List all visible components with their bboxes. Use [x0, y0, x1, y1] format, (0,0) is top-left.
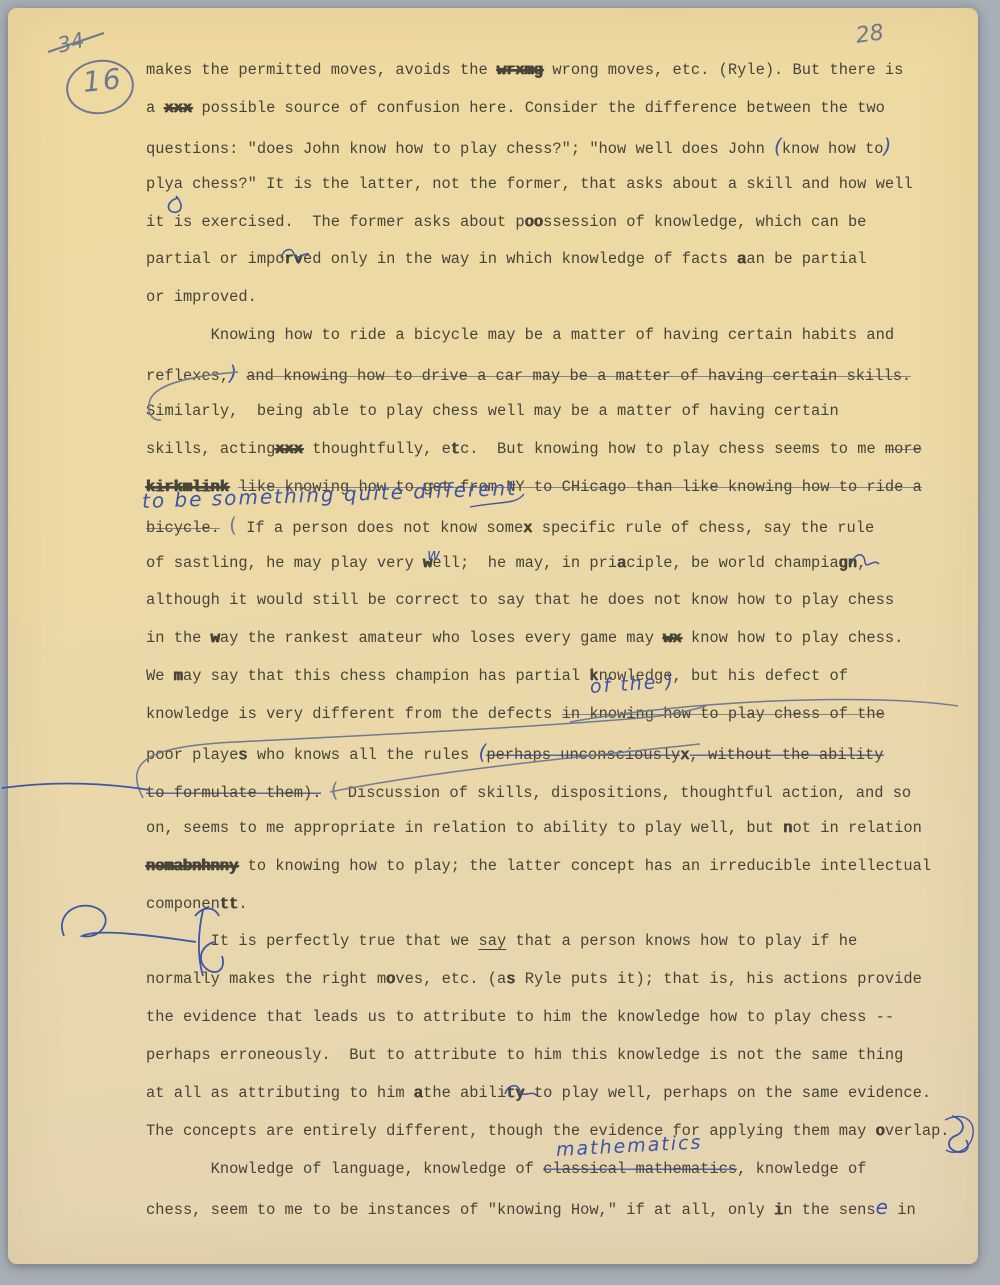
- text-line: nomabnhnny to knowing how to play; the l…: [146, 848, 966, 886]
- typed-text: who knows all the rules: [248, 746, 479, 764]
- typed-text: the abili: [423, 1084, 506, 1102]
- ink-struck-text: , without the ability: [690, 746, 884, 764]
- insert-w: w: [427, 545, 440, 564]
- pencil-struck-text: more: [885, 440, 922, 458]
- text-line: normally makes the right moves, etc. (as…: [146, 961, 966, 999]
- typed-text: We: [146, 667, 174, 685]
- text-line: We may say that this chess champion has …: [146, 658, 966, 696]
- text-line: the evidence that leads us to attribute …: [146, 999, 966, 1037]
- text-line: a xxx possible source of confusion here.…: [146, 90, 966, 128]
- text-line: questions: "does John know how to play c…: [146, 128, 966, 166]
- typed-text: ay say that this chess champion has part…: [183, 667, 589, 685]
- typed-text: to play well, perhaps on the same eviden…: [525, 1084, 931, 1102]
- text-line: Knowing how to ride a bicycle may be a m…: [146, 317, 966, 355]
- handwritten-ink-mark: (: [774, 134, 782, 158]
- overtyped-text: n: [783, 819, 792, 837]
- text-line: to formulate them). ( Discussion of skil…: [146, 772, 966, 810]
- typed-over-deletion: wx: [663, 629, 681, 647]
- typed-text: chess, seem to me to be instances of "kn…: [146, 1201, 774, 1219]
- text-line: at all as attributing to him athe abilit…: [146, 1075, 966, 1113]
- typed-text: ed only in the way in which knowledge of…: [303, 250, 737, 268]
- typed-text: skills, acting: [146, 440, 275, 458]
- text-line: makes the permitted moves, avoids the wr…: [146, 52, 966, 90]
- page-number: 16: [81, 62, 124, 99]
- text-line: skills, actingxxx thoughtfully, etc. But…: [146, 431, 966, 469]
- typed-text: ciple, be world champia: [626, 554, 838, 572]
- typed-text: plya chess?" It is the latter, not the f…: [146, 175, 913, 193]
- manuscript-paper: makes the permitted moves, avoids the wr…: [8, 8, 978, 1264]
- handwritten-ink-mark: ): [883, 134, 891, 158]
- typed-text: of sastling, he may play very: [146, 554, 423, 572]
- typed-text: ell; he may, in pri: [432, 554, 617, 572]
- typed-text: perhaps erroneously. But to attribute to…: [146, 1046, 903, 1064]
- pencil-struck-text: and knowing how to drive a car may be a …: [246, 367, 911, 385]
- typed-text: partial or impo: [146, 250, 285, 268]
- overtyped-text: ty: [506, 1084, 524, 1102]
- overtyped-text: o: [386, 970, 395, 988]
- text-line: It is perfectly true that we say that a …: [146, 923, 966, 961]
- typed-text: ,: [857, 554, 866, 572]
- overtyped-text: t: [451, 440, 460, 458]
- typed-text: that a person knows how to play if he: [506, 932, 857, 950]
- corner-page-number: 28: [854, 20, 885, 49]
- typed-text: It is perfectly true that we: [146, 932, 479, 950]
- typed-text: in the: [146, 629, 211, 647]
- ink-struck-text: classical mathematics: [543, 1160, 737, 1178]
- typed-over-deletion: wrxmg: [497, 61, 543, 79]
- overtyped-text: gn: [839, 554, 857, 572]
- text-line: although it would still be correct to sa…: [146, 582, 966, 620]
- typed-text: at all as attributing to him: [146, 1084, 414, 1102]
- handwritten-ink-mark: ): [229, 361, 237, 385]
- text-line: of sastling, he may play very well; he m…: [146, 545, 966, 583]
- typed-text: it is exercised. The former asks about p: [146, 213, 525, 231]
- typed-text: c. But knowing how to play chess seems t…: [460, 440, 885, 458]
- ink-struck-text: perhaps unconsciously: [486, 746, 680, 764]
- typed-text: a: [146, 99, 164, 117]
- typed-text: Discussion of skills, dispositions, thou…: [339, 784, 912, 802]
- typed-text: ay the rankest amateur who loses every g…: [220, 629, 663, 647]
- overtyped-text: x: [680, 746, 689, 764]
- typed-text: Ryle puts it); that is, his actions prov…: [515, 970, 921, 988]
- typed-text: the evidence that leads us to attribute …: [146, 1008, 894, 1026]
- typed-text: [237, 367, 246, 385]
- text-line: in the way the rankest amateur who loses…: [146, 620, 966, 658]
- text-line: poor playes who knows all the rules (per…: [146, 734, 966, 772]
- typed-text: knowledge is very different from the def…: [146, 705, 562, 723]
- overtyped-text: i: [774, 1201, 783, 1219]
- typed-text: know how to play chess.: [682, 629, 904, 647]
- handwritten-pencil-mark: (: [331, 778, 339, 802]
- overtyped-text: w: [211, 629, 220, 647]
- typed-text: wrong moves, etc. (Ryle). But there is: [543, 61, 903, 79]
- typed-text-block: makes the permitted moves, avoids the wr…: [146, 52, 966, 1227]
- typed-text: an be partial: [746, 250, 866, 268]
- typed-text: , knowledge of: [737, 1160, 866, 1178]
- typed-over-deletion: xxx: [164, 99, 192, 117]
- typed-text: to knowing how to play; the latter conce…: [238, 857, 931, 875]
- typed-text: thoughtfully, e: [303, 440, 451, 458]
- text-line: chess, seem to me to be instances of "kn…: [146, 1189, 966, 1227]
- typed-text: If a person does not know some: [237, 519, 523, 537]
- text-line: it is exercised. The former asks about p…: [146, 204, 966, 242]
- typed-text: reflexes,: [146, 367, 229, 385]
- typed-text: questions: "does John know how to play c…: [146, 140, 774, 158]
- overtyped-text: s: [238, 746, 247, 764]
- underlined-word: say: [479, 932, 507, 950]
- typed-text: [321, 784, 330, 802]
- typed-text: .: [238, 895, 247, 913]
- typed-text: makes the permitted moves, avoids the: [146, 61, 497, 79]
- typed-text: on, seems to me appropriate in relation …: [146, 819, 783, 837]
- text-line: or improved.: [146, 279, 966, 317]
- typed-text: know how to: [782, 140, 884, 158]
- typed-text: in: [888, 1201, 916, 1219]
- handwritten-ink-mark: e: [876, 1195, 888, 1219]
- overtyped-text: tt: [220, 895, 238, 913]
- handwritten-pencil-mark: (: [229, 513, 237, 537]
- text-line: partial or imporved only in the way in w…: [146, 241, 966, 279]
- pencil-struck-text: bicycle.: [146, 519, 220, 537]
- typed-text: ot in relation: [793, 819, 922, 837]
- typed-text: ves, etc. (a: [395, 970, 506, 988]
- text-line: reflexes,) and knowing how to drive a ca…: [146, 355, 966, 393]
- typed-text: The concepts are entirely different, tho…: [146, 1122, 876, 1140]
- typed-text: poor playe: [146, 746, 238, 764]
- overtyped-text: o: [876, 1122, 885, 1140]
- pencil-struck-text: in knowing how to play chess of the: [562, 705, 885, 723]
- typed-text: [220, 519, 229, 537]
- typed-over-deletion: nomabnhnny: [146, 857, 238, 875]
- overtyped-text: x: [523, 519, 532, 537]
- overtyped-text: oo: [525, 213, 543, 231]
- typed-text: Knowledge of language, knowledge of: [146, 1160, 543, 1178]
- text-line: plya chess?" It is the latter, not the f…: [146, 166, 966, 204]
- typed-text: verlap.: [885, 1122, 950, 1140]
- typed-text: specific rule of chess, say the rule: [533, 519, 875, 537]
- typed-text: n the sens: [783, 1201, 875, 1219]
- overtyped-text: rv: [285, 250, 303, 268]
- ink-struck-text: to formulate them).: [146, 784, 321, 802]
- typed-text: normally makes the right m: [146, 970, 386, 988]
- text-line: perhaps erroneously. But to attribute to…: [146, 1037, 966, 1075]
- text-line: bicycle. ( If a person does not know som…: [146, 507, 966, 545]
- typed-text: ssession of knowledge, which can be: [543, 213, 866, 231]
- typed-text: although it would still be correct to sa…: [146, 591, 894, 609]
- overtyped-text: a: [737, 250, 746, 268]
- text-line: knowledge is very different from the def…: [146, 696, 966, 734]
- text-line: componentt.: [146, 886, 966, 924]
- typed-over-deletion: xxx: [275, 440, 303, 458]
- typed-text: or improved.: [146, 288, 257, 306]
- scanned-page-stage: makes the permitted moves, avoids the wr…: [0, 0, 1000, 1285]
- typed-text: Similarly, being able to play chess well…: [146, 402, 839, 420]
- text-line: Similarly, being able to play chess well…: [146, 393, 966, 431]
- text-line: on, seems to me appropriate in relation …: [146, 810, 966, 848]
- typed-text: Knowing how to ride a bicycle may be a m…: [146, 326, 894, 344]
- typed-text: componen: [146, 895, 220, 913]
- overtyped-text: a: [414, 1084, 423, 1102]
- overtyped-text: m: [174, 667, 183, 685]
- typed-text: possible source of confusion here. Consi…: [192, 99, 885, 117]
- overtyped-text: a: [617, 554, 626, 572]
